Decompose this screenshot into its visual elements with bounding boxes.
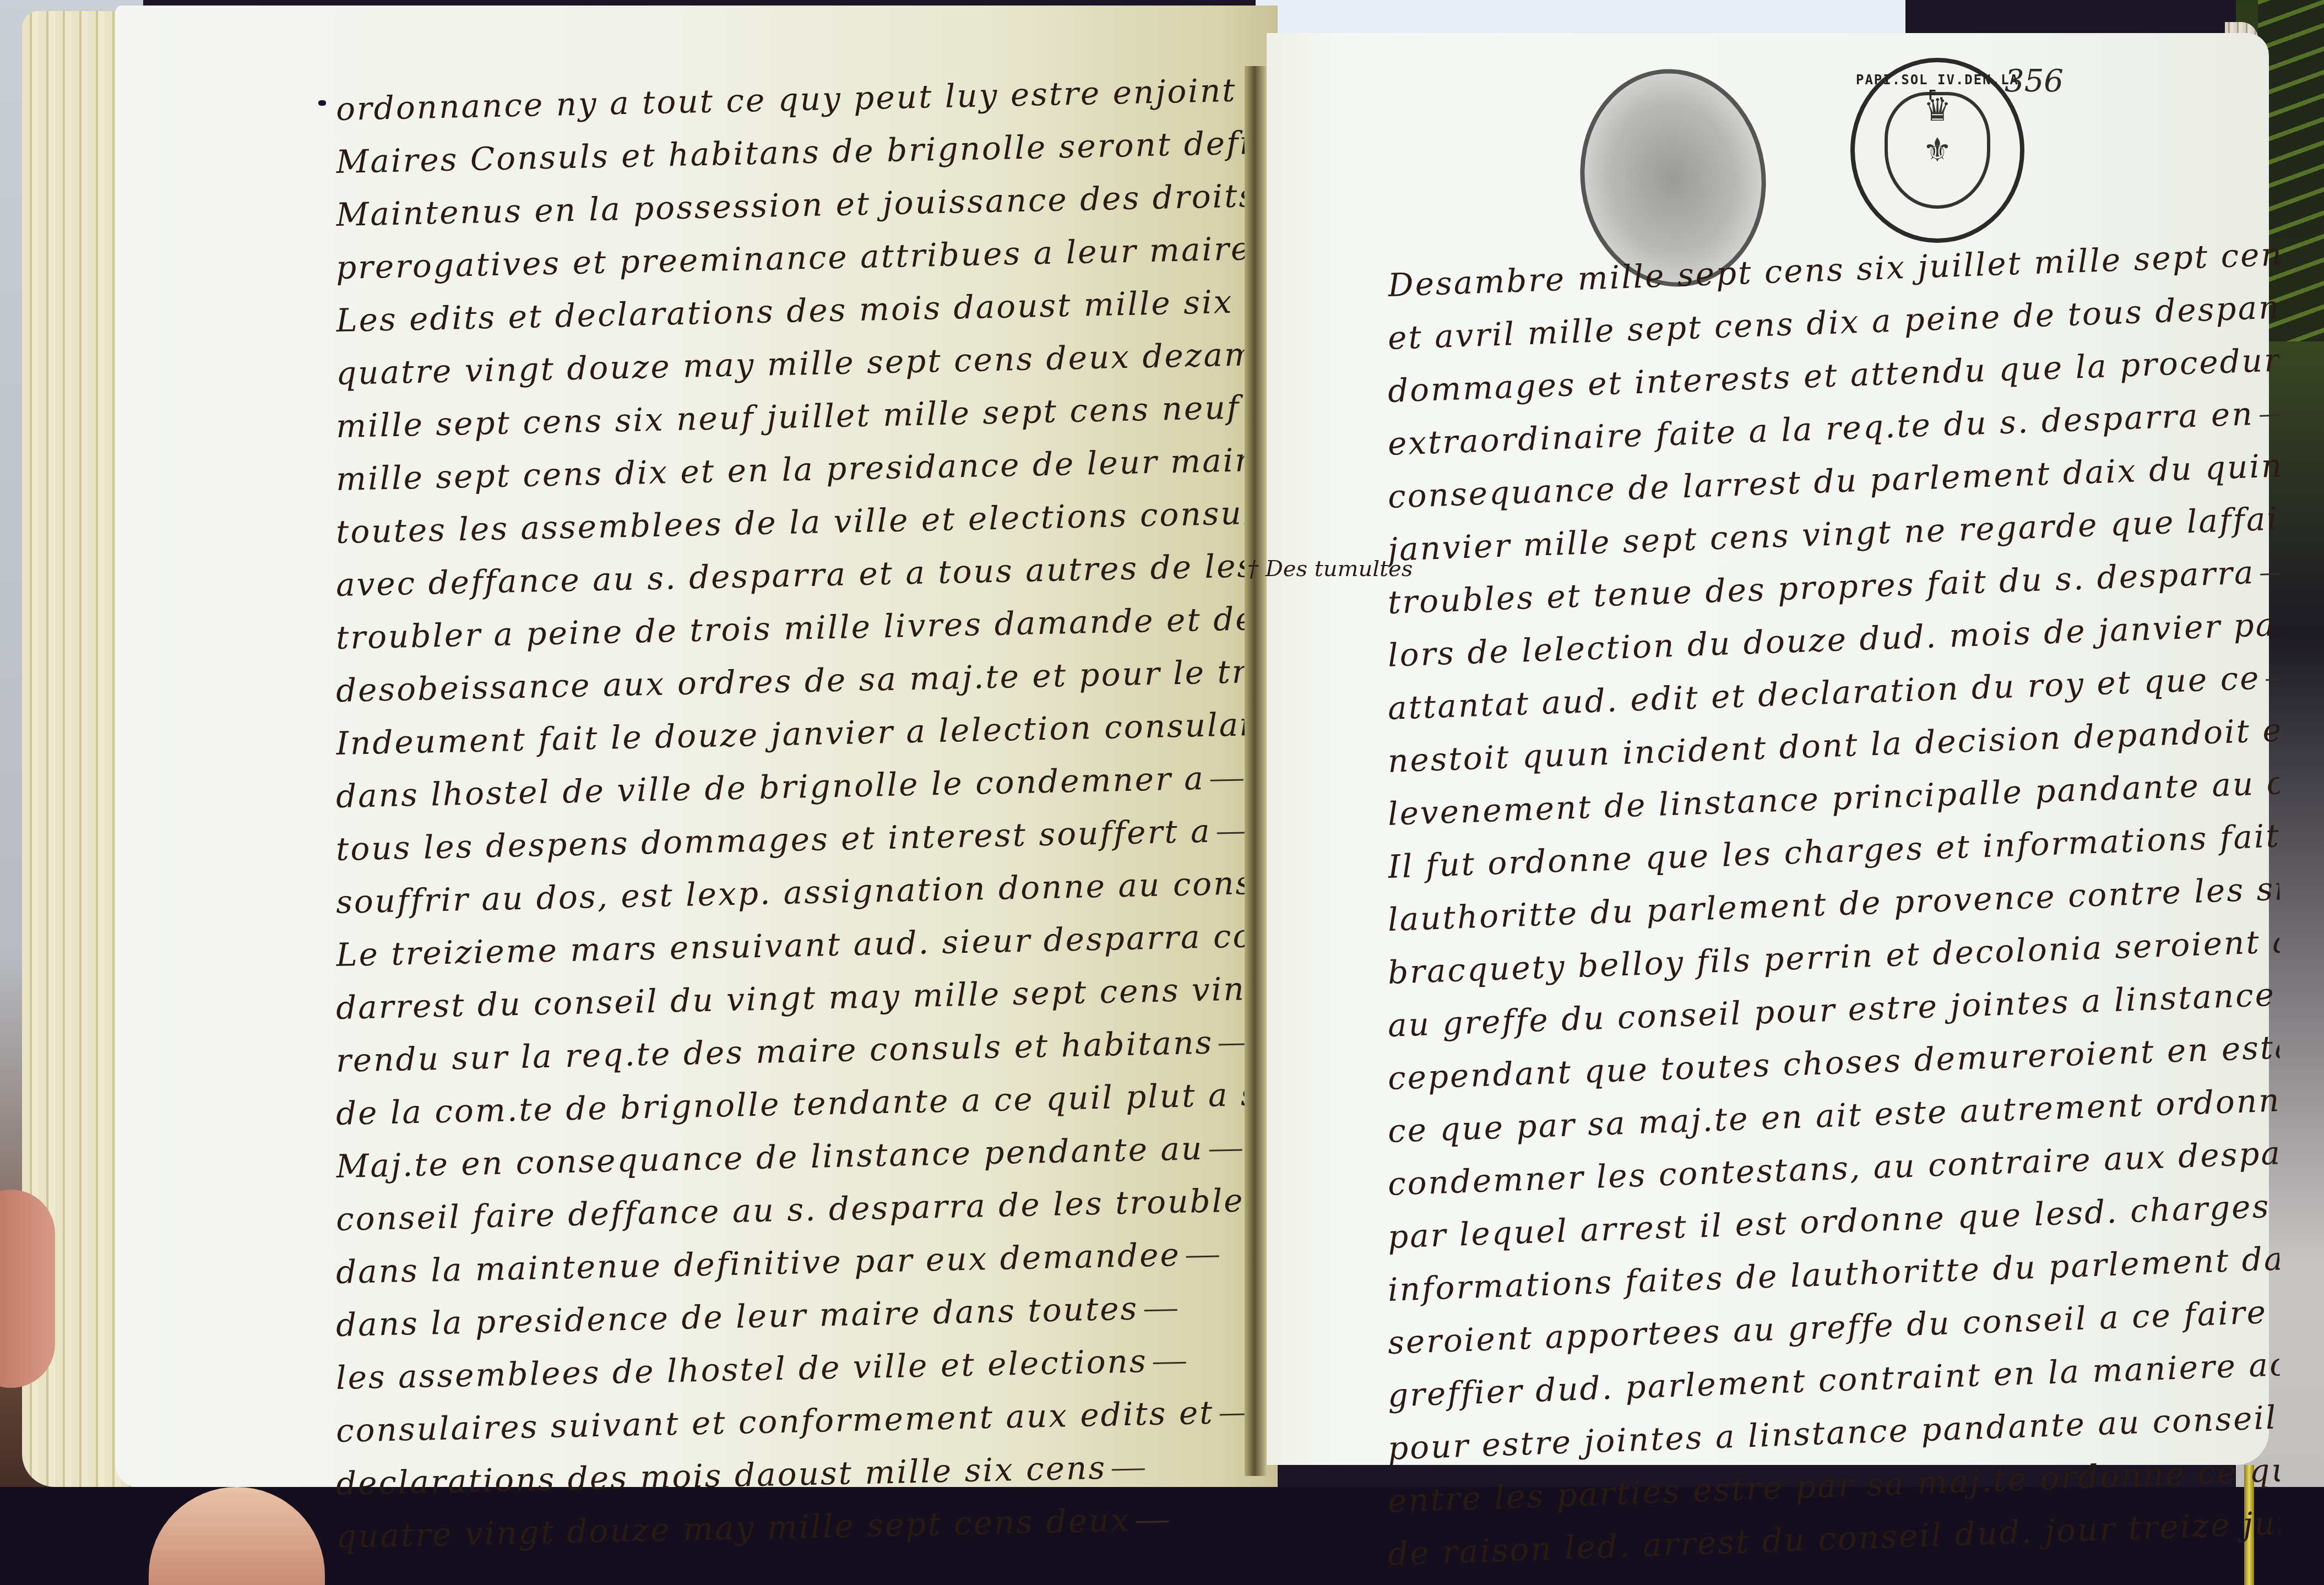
ink-dot xyxy=(318,100,326,106)
holding-finger-left xyxy=(0,1190,55,1388)
left-page-text: ordonnance ny a tout ce quy peut luy est… xyxy=(336,83,1245,1563)
crown-tax-stamp: PAPI.SOL IV.DEN.LA F. ♛ ⚜ xyxy=(1850,58,2024,243)
book-gutter xyxy=(1245,66,1267,1476)
right-page-text: Desambre mille sept cens six juillet mil… xyxy=(1388,259,2280,1581)
crown-icon: ♛ xyxy=(1855,93,2020,128)
folio-number: 356 xyxy=(2005,63,2064,99)
